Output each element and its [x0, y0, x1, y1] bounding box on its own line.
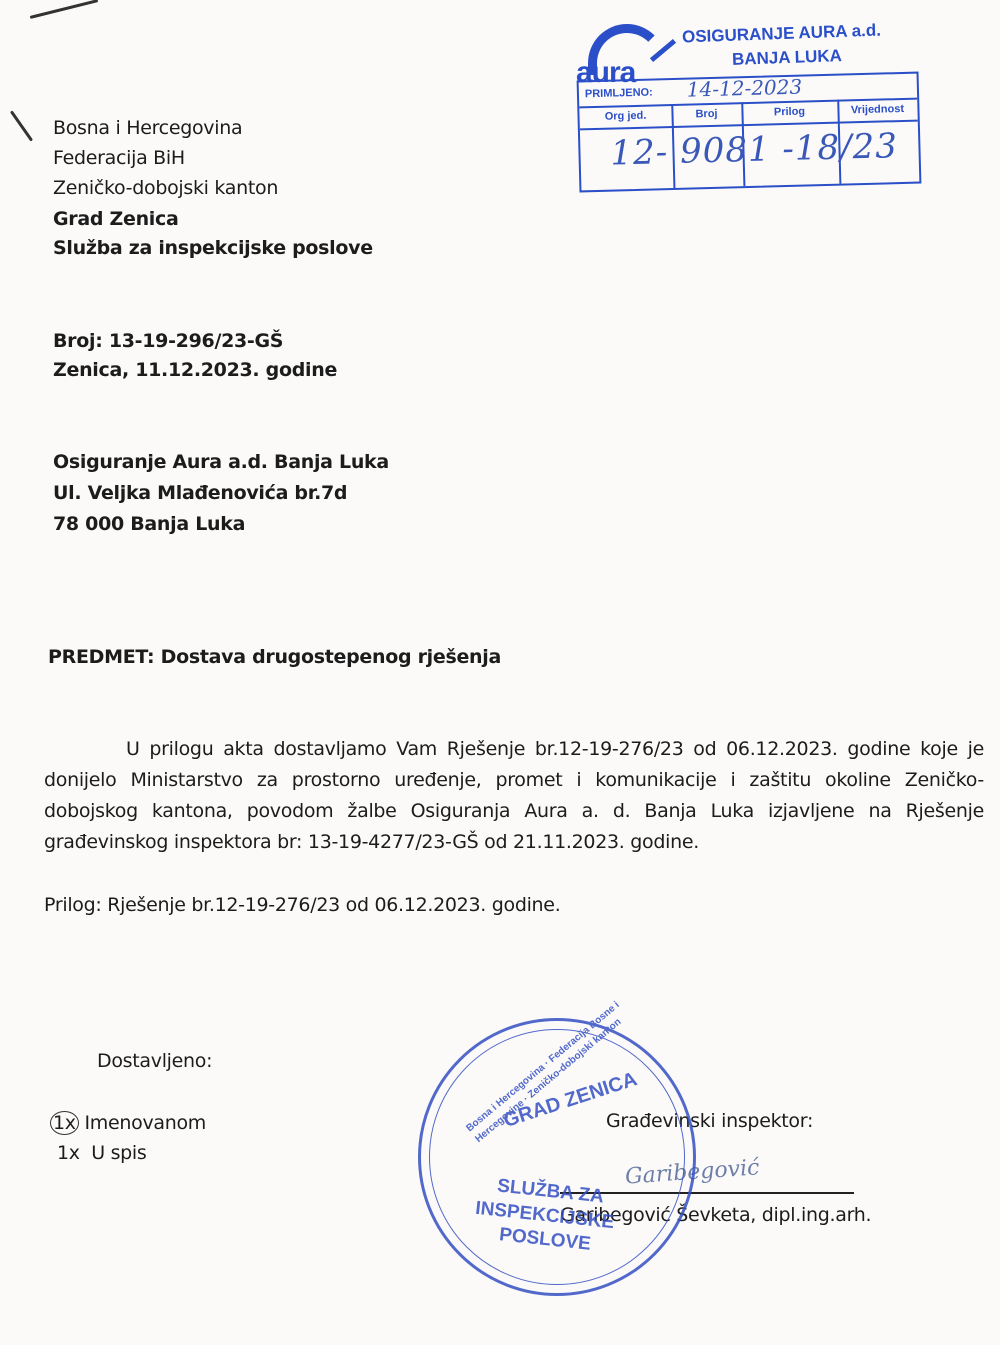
sender-line: Bosna i Hercegovina — [53, 117, 242, 139]
pen-mark — [30, 0, 99, 19]
received-date: 14-12-2023 — [687, 75, 803, 102]
col-vrijednost: Vrijednost — [837, 98, 918, 122]
delivery-heading: Dostavljeno: — [97, 1050, 212, 1072]
col-prilog: Prilog — [741, 100, 838, 125]
official-stamp: Bosna i Hercegovina · Federacija Bosne i… — [418, 1018, 696, 1296]
attachment-note: Prilog: Rješenje br.12-19-276/23 od 06.1… — [44, 894, 560, 916]
delivery-qty: 1x — [50, 1111, 79, 1135]
sender-line: Grad Zenica — [53, 208, 179, 230]
pen-mark — [10, 110, 33, 141]
reference-number: Broj: 13-19-296/23-GŠ — [53, 330, 283, 352]
received-label: PRIMLJENO: — [585, 80, 676, 106]
recipient-city: 78 000 Banja Luka — [53, 513, 245, 535]
delivery-item: 1x Imenovanom — [54, 1111, 206, 1135]
subject: PREDMET: Dostava drugostepenog rješenja — [48, 646, 501, 668]
body-paragraph: U prilogu akta dostavljamo Vam Rješenje … — [44, 734, 984, 858]
delivery-recipient: Imenovanom — [84, 1112, 206, 1134]
stamp-city: BANJA LUKA — [732, 46, 843, 70]
delivery-item: 1x U spis — [57, 1142, 147, 1164]
recipient-name: Osiguranje Aura a.d. Banja Luka — [53, 451, 389, 473]
delivery-qty: 1x — [57, 1142, 80, 1164]
stamp-company: OSIGURANJE AURA a.d. — [682, 21, 882, 48]
receipt-stamp: aura OSIGURANJE AURA a.d. BANJA LUKA PRI… — [570, 10, 930, 200]
col-org-jed: Org jed. — [579, 104, 672, 128]
handwritten-number: 12- 9081 -18/23 — [610, 126, 898, 174]
col-broj: Broj — [671, 102, 742, 126]
sender-line: Služba za inspekcijske poslove — [53, 237, 373, 259]
recipient-street: Ul. Veljka Mlađenovića br.7d — [53, 482, 347, 504]
sender-line: Zeničko-dobojski kanton — [53, 177, 278, 199]
stamp-table: PRIMLJENO: 14-12-2023 Org jed. Broj Pril… — [577, 72, 922, 193]
delivery-recipient: U spis — [91, 1142, 146, 1164]
sender-line: Federacija BiH — [53, 147, 185, 169]
place-date: Zenica, 11.12.2023. godine — [53, 359, 337, 381]
